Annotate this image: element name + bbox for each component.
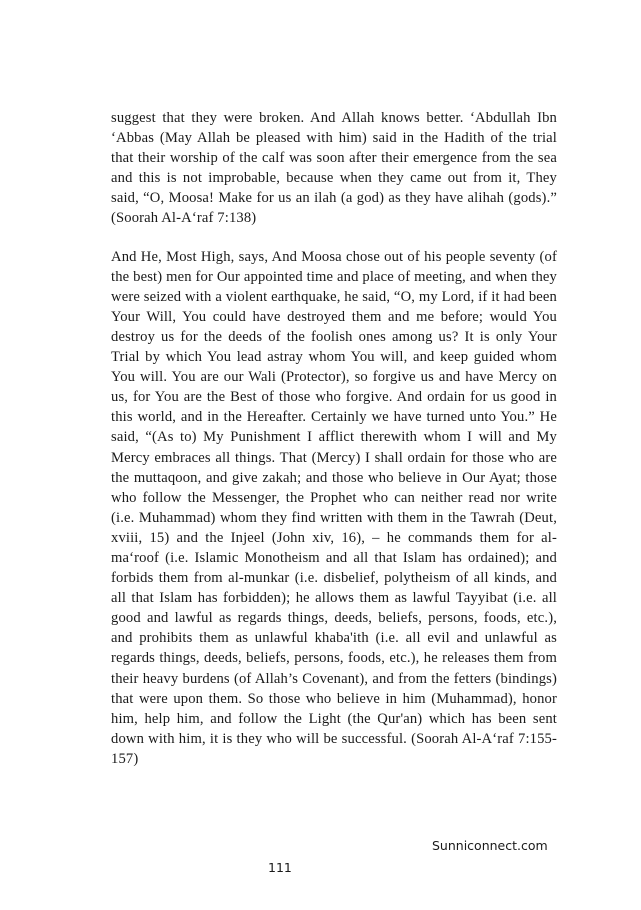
body-text: suggest that they were broken. And Allah… (111, 108, 557, 787)
paragraph: suggest that they were broken. And Allah… (111, 108, 557, 229)
footer-site-watermark: Sunniconnect.com (432, 838, 548, 853)
page-number: 111 (268, 860, 292, 875)
document-page: suggest that they were broken. And Allah… (0, 0, 641, 910)
paragraph: And He, Most High, says, And Moosa chose… (111, 247, 557, 769)
